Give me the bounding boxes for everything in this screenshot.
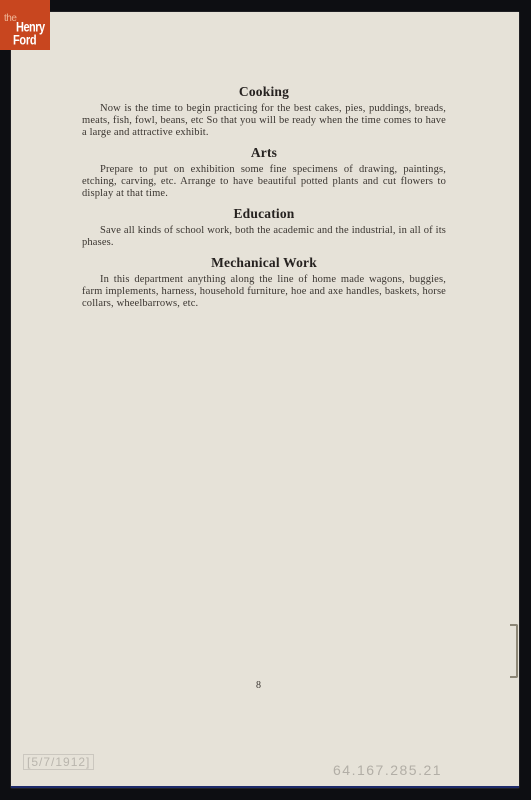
logo-ford: Ford (13, 33, 36, 48)
section-title: Arts (82, 145, 446, 161)
date-stamp: [5/7/1912] (23, 754, 94, 770)
section-body: Save all kinds of school work, both the … (82, 225, 446, 249)
page-number: 8 (256, 680, 261, 691)
page-content: Cooking Now is the time to begin practic… (82, 84, 446, 316)
document-page: Cooking Now is the time to begin practic… (11, 12, 519, 788)
section-title: Mechanical Work (82, 255, 446, 271)
accession-number: 64.167.285.21 (333, 762, 442, 778)
section-title: Cooking (82, 84, 446, 100)
section-mechanical-work: Mechanical Work In this department anyth… (82, 255, 446, 310)
section-body: In this department anything along the li… (82, 274, 446, 310)
section-cooking: Cooking Now is the time to begin practic… (82, 84, 446, 139)
section-education: Education Save all kinds of school work,… (82, 206, 446, 249)
logo-the: the (4, 13, 16, 24)
henry-ford-logo: the Henry Ford (0, 0, 50, 50)
staple-icon (510, 624, 518, 678)
section-title: Education (82, 206, 446, 222)
section-arts: Arts Prepare to put on exhibition some f… (82, 145, 446, 200)
section-body: Now is the time to begin practicing for … (82, 103, 446, 139)
section-body: Prepare to put on exhibition some fine s… (82, 164, 446, 200)
